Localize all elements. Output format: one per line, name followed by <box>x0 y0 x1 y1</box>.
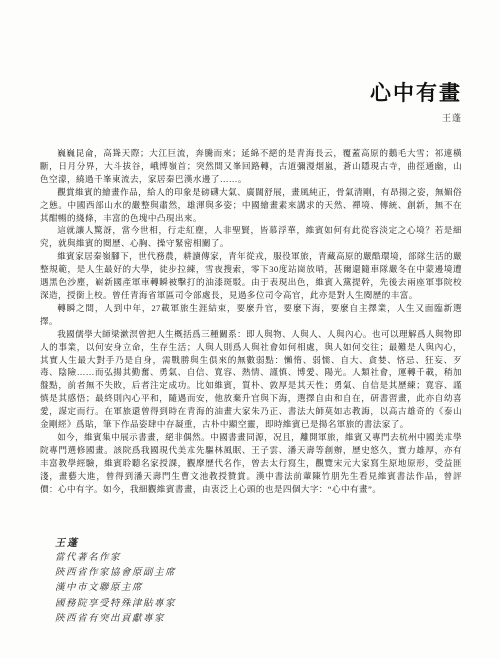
article-paragraph: 觀賞維賓的繪畫作品，給人的印象是磅礴大氣、廣闊舒展，畫風純正，骨氣清剛，有昂揚之… <box>40 186 462 225</box>
article-paragraph: 維賓家居秦嶺腳下，世代務農，耕讀傳家，青年從戎，服役軍旅，青藏高原的嚴酷環境，部… <box>40 250 462 302</box>
bio-line: 當代著名作家 <box>55 551 176 566</box>
article-author: 王蓬 <box>370 111 462 124</box>
document-page: 心中有畫 王蓬 巍巍昆侖，高聳天際；大江巨流，奔騰而來；延綿不絕的是青海長云，覆… <box>0 0 500 659</box>
article-paragraph: 轉瞬之間，人到中年，27載軍旅生涯結束，要麼升官，要麼下海，要麼自主擇業，人生又… <box>40 302 462 328</box>
article-paragraph: 如今，維賓集中展示書畫，絕非偶然。中國書畫同源，况且，離開軍旅，維賓又專門去杭州… <box>40 431 462 496</box>
article-paragraph: 我國儒學大師梁漱溟曾把人生概括爲三種關系：即人與物、人與人、人與內心。也可以理解… <box>40 328 462 431</box>
article-paragraph: 巍巍昆侖，高聳天際；大江巨流，奔騰而來；延綿不絕的是青海長云，覆蓋高原的鵝毛大雪… <box>40 147 462 186</box>
article-title: 心中有畫 <box>370 82 462 105</box>
bio-line: 陝西省作家協會原副主席 <box>55 566 176 581</box>
bio-author-name: 王蓬 <box>55 536 176 551</box>
bio-line: 陝西省有突出貢獻專家 <box>55 612 176 627</box>
author-bio: 王蓬 當代著名作家 陝西省作家協會原副主席 漢中市文聯原主席 國務院享受特殊津貼… <box>55 536 176 627</box>
bio-line: 漢中市文聯原主席 <box>55 581 176 596</box>
article-paragraph: 這就讓人驚訝，當今世相，行走紅塵，人非聖賢，皆慕浮華，維賓如何有此從容淡定之心境… <box>40 224 462 250</box>
bio-line: 國務院享受特殊津貼專家 <box>55 597 176 612</box>
title-block: 心中有畫 王蓬 <box>370 82 462 124</box>
article-body: 巍巍昆侖，高聳天際；大江巨流，奔騰而來；延綿不絕的是青海長云，覆蓋高原的鵝毛大雪… <box>40 147 462 495</box>
